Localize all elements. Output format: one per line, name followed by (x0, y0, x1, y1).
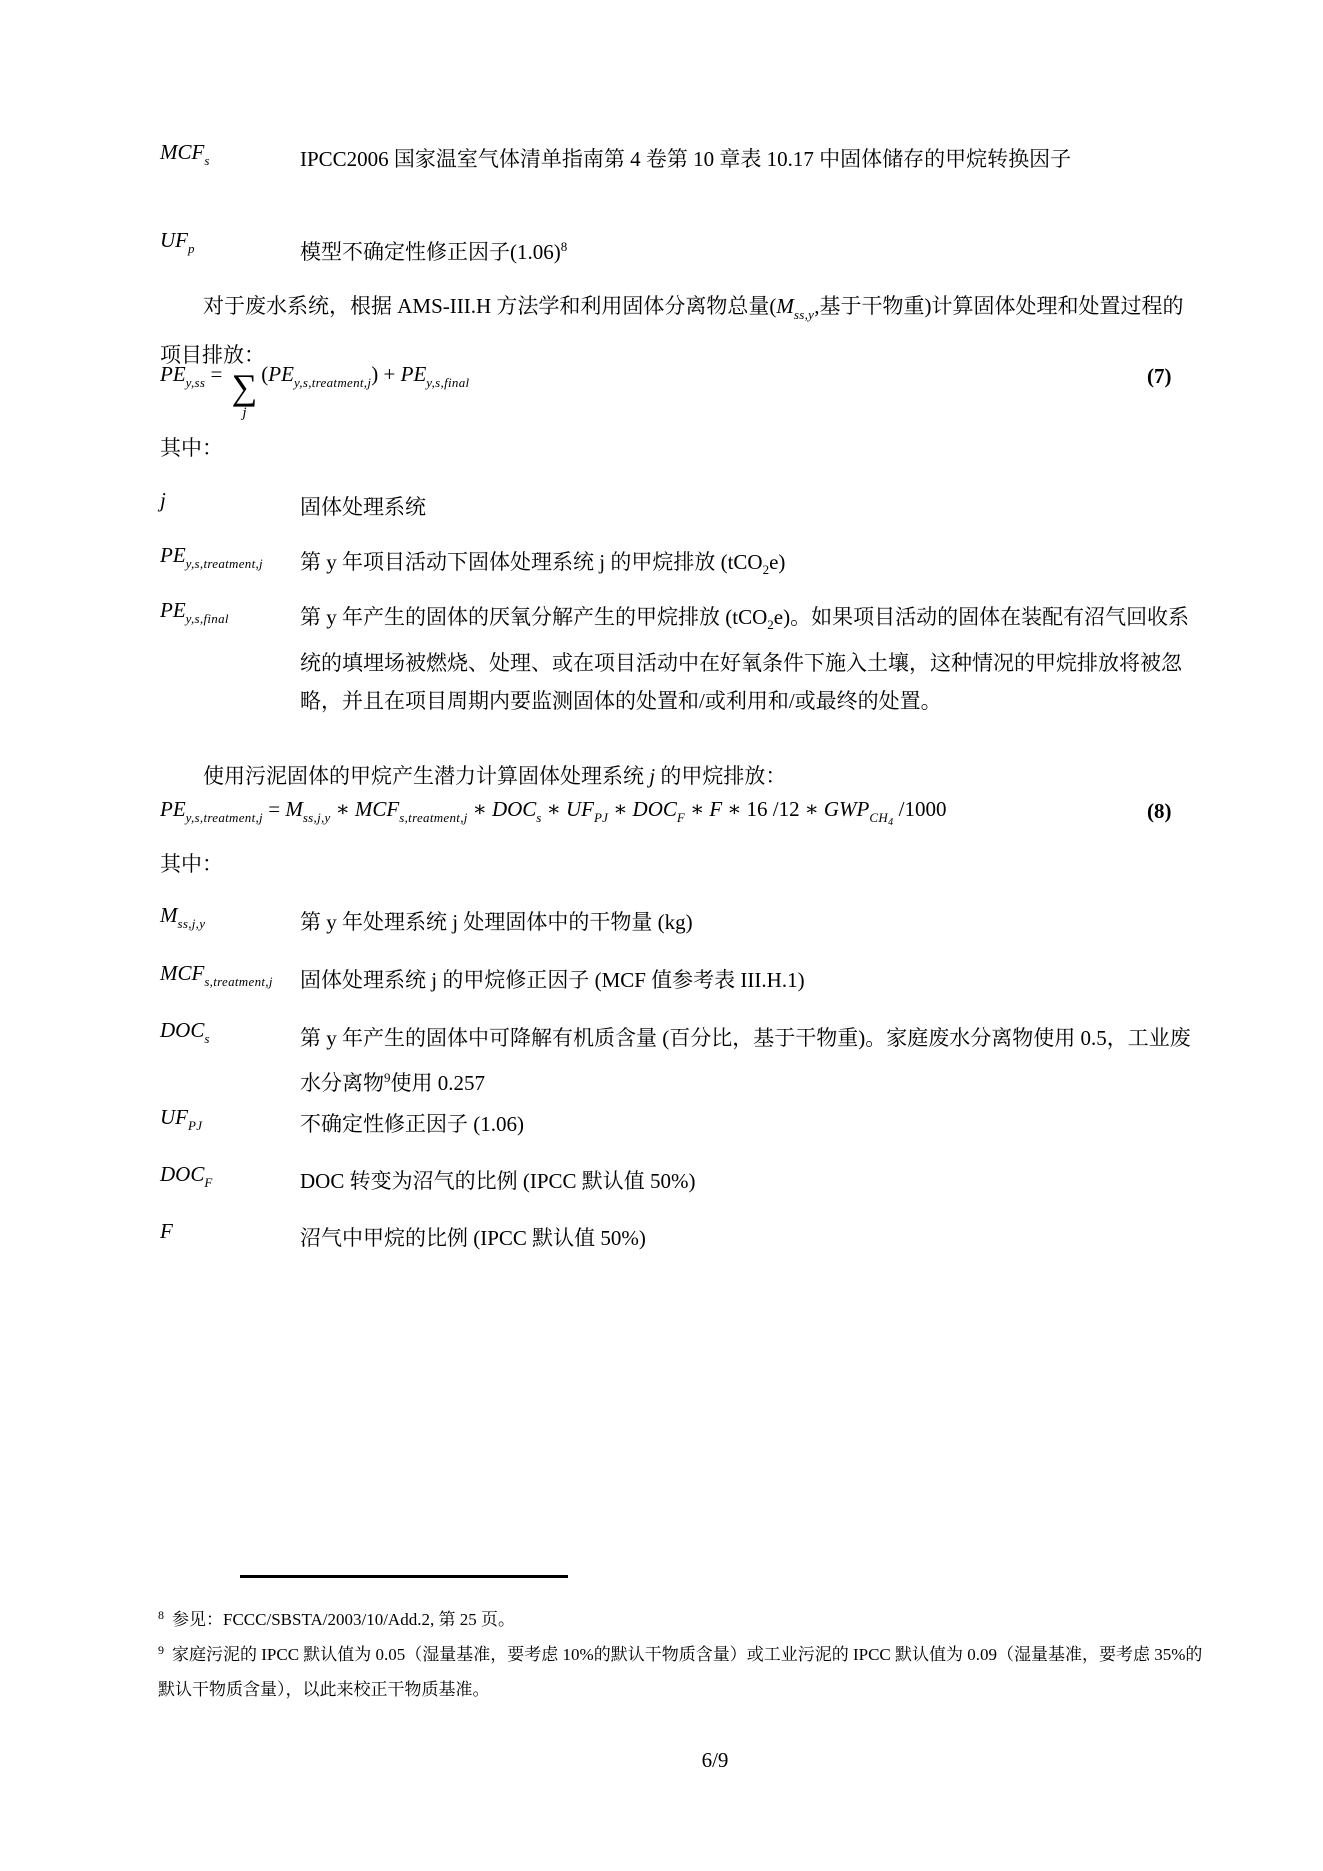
footnote-9: 9家庭污泥的 IPCC 默认值为 0.05（湿量基准，要考虑 10%的默认干物质… (158, 1633, 1206, 1707)
definition-row-pe-final: PEy,s,final 第 y 年产生的固体的厌氧分解产生的甲烷排放 (tCO2… (160, 598, 1195, 720)
gwp-subscript: CH4 (869, 810, 893, 825)
definition-row-doc-s: DOCs 第 y 年产生的固体中可降解有机质含量 (百分比，基于干物重)。家庭废… (160, 1018, 1195, 1103)
equation-number-8: (8) (1147, 799, 1172, 824)
definition-text-pe-final: 第 y 年产生的固体的厌氧分解产生的甲烷排放 (tCO2e)。如果项目活动的固体… (300, 598, 1195, 720)
symbol-doc-f: DOCF (160, 1162, 300, 1200)
symbol-m-ss-j-y: Mss,j,y (160, 903, 300, 941)
footnote-text-9: 家庭污泥的 IPCC 默认值为 0.05（湿量基准，要考虑 10%的默认干物质含… (158, 1645, 1202, 1699)
definition-text-uf-p: 模型不确定性修正因子(1.06)8 (300, 228, 1195, 271)
definition-text-doc-f: DOC 转变为沼气的比例 (IPCC 默认值 50%) (300, 1162, 1195, 1200)
definition-text-doc-s: 第 y 年产生的固体中可降解有机质含量 (百分比，基于干物重)。家庭废水分离物使… (300, 1018, 1195, 1103)
document-page: MCFs IPCC2006 国家温室气体清单指南第 4 卷第 10 章表 10.… (0, 0, 1323, 1871)
definition-text-f: 沼气中甲烷的比例 (IPCC 默认值 50%) (300, 1219, 1195, 1257)
definition-text-m: 第 y 年处理系统 j 处理固体中的干物量 (kg) (300, 903, 1195, 941)
paragraph-sludge: 使用污泥固体的甲烷产生潜力计算固体处理系统 j 的甲烷排放： (160, 756, 1188, 796)
symbol-f: F (160, 1219, 300, 1257)
footnote-8: 8参见：FCCC/SBSTA/2003/10/Add.2, 第 25 页。 (158, 1598, 1206, 1637)
symbol-mcf-s: MCFs (160, 140, 300, 178)
symbol-mcf-treatment: MCFs,treatment,j (160, 961, 300, 999)
symbol-j: j (160, 488, 300, 526)
definition-row-pe-treatment: PEy,s,treatment,j 第 y 年项目活动下固体处理系统 j 的甲烷… (160, 543, 1195, 589)
footnote-number-8: 8 (158, 1608, 164, 1622)
definition-row-uf-pj: UFPJ 不确定性修正因子 (1.06) (160, 1105, 1195, 1143)
formula-8: PEy,s,treatment,j = Mss,j,y∗MCFs,treatme… (160, 797, 946, 828)
definition-row-m: Mss,j,y 第 y 年处理系统 j 处理固体中的干物量 (kg) (160, 903, 1195, 941)
definition-text-pe-treatment: 第 y 年项目活动下固体处理系统 j 的甲烷排放 (tCO2e) (300, 543, 1195, 589)
definition-text-uf-pj: 不确定性修正因子 (1.06) (300, 1105, 1195, 1143)
definition-row-uf-p: UFp 模型不确定性修正因子(1.06)8 (160, 228, 1195, 271)
footnote-separator (240, 1575, 568, 1578)
definition-text-mcf-s: IPCC2006 国家温室气体清单指南第 4 卷第 10 章表 10.17 中固… (300, 140, 1195, 178)
where-label-1: 其中： (160, 432, 223, 462)
footnote-number-9: 9 (158, 1643, 164, 1657)
symbol-doc-s: DOCs (160, 1018, 300, 1103)
definition-row-doc-f: DOCF DOC 转变为沼气的比例 (IPCC 默认值 50%) (160, 1162, 1195, 1200)
definition-row-mcf-s: MCFs IPCC2006 国家温室气体清单指南第 4 卷第 10 章表 10.… (160, 140, 1195, 178)
symbol-pe-final: PEy,s,final (160, 598, 300, 720)
var-m-ss-y: Mss,y (776, 294, 814, 318)
definition-row-mcf-treatment: MCFs,treatment,j 固体处理系统 j 的甲烷修正因子 (MCF 值… (160, 961, 1195, 999)
definition-row-f: F 沼气中甲烷的比例 (IPCC 默认值 50%) (160, 1219, 1195, 1257)
symbol-pe-treatment: PEy,s,treatment,j (160, 543, 300, 589)
equation-number-7: (7) (1147, 364, 1172, 389)
page-number: 6/9 (160, 1748, 1270, 1773)
footnote-text-8: 参见：FCCC/SBSTA/2003/10/Add.2, 第 25 页。 (172, 1610, 515, 1629)
symbol-uf-pj: UFPJ (160, 1105, 300, 1143)
var-j: j (649, 764, 655, 788)
formula-7: PEy,ss = ∑j(PEy,s,treatment,j) + PEy,s,f… (160, 362, 469, 421)
sum-operator: ∑j (232, 369, 258, 421)
footnote-ref-8: 8 (561, 239, 568, 254)
definition-text-j: 固体处理系统 (300, 488, 1195, 526)
symbol-uf-p: UFp (160, 228, 300, 271)
where-label-2: 其中： (160, 848, 223, 878)
definition-text-mcf-treatment: 固体处理系统 j 的甲烷修正因子 (MCF 值参考表 III.H.1) (300, 961, 1195, 999)
definition-row-j: j 固体处理系统 (160, 488, 1195, 526)
